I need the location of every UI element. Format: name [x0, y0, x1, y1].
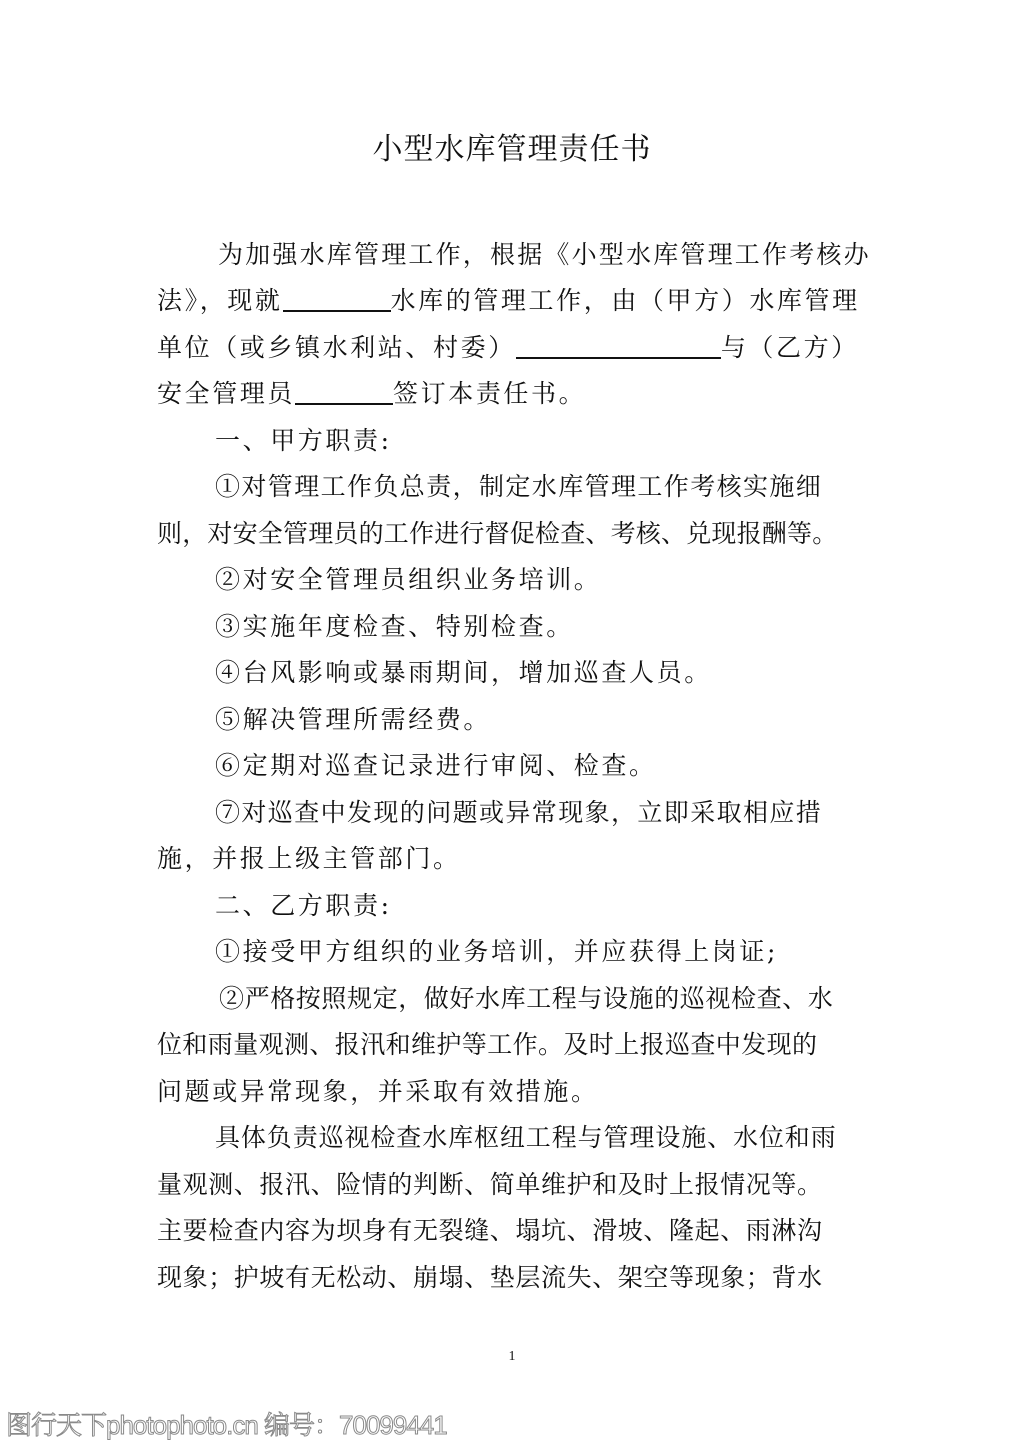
watermark: 图行天下photophoto.cn 编号：70099441	[6, 1405, 447, 1442]
document-title: 小型水库管理责任书	[0, 128, 1024, 172]
party-a-item-7-cont: 施，并报上级主管部门。	[157, 842, 869, 876]
party-a-item-2: ②对安全管理员组织业务培训。	[157, 563, 869, 597]
preamble-line-2: 法》，现就水库的管理工作，由（甲方）水库管理	[157, 284, 869, 318]
party-b-duties-para-cont-1: 量观测、报汛、险情的判断、简单维护和及时上报情况等。	[157, 1168, 869, 1202]
party-a-item-1-cont: 则，对安全管理员的工作进行督促检查、考核、兑现报酬等。	[157, 517, 869, 551]
reservoir-name-blank[interactable]	[283, 284, 391, 312]
preamble-text: 签订本责任书。	[393, 379, 586, 408]
section-heading-party-b: 二、乙方职责:	[157, 889, 869, 923]
party-b-duties-para: 具体负责巡视检查水库枢纽工程与管理设施、水位和雨	[157, 1121, 869, 1155]
preamble-text: 法》，现就	[157, 286, 283, 315]
party-b-item-2: ②严格按照规定，做好水库工程与设施的巡视检查、水	[157, 982, 869, 1016]
preamble-line-1: 为加强水库管理工作，根据《小型水库管理工作考核办	[157, 238, 869, 272]
party-b-duties-para-cont-2: 主要检查内容为坝身有无裂缝、塌坑、滑坡、隆起、雨淋沟	[157, 1214, 869, 1248]
party-a-item-1: ①对管理工作负总责，制定水库管理工作考核实施细	[157, 470, 869, 504]
document-page: 小型水库管理责任书 为加强水库管理工作，根据《小型水库管理工作考核办 法》，现就…	[0, 0, 1024, 1449]
party-a-item-5: ⑤解决管理所需经费。	[157, 703, 869, 737]
party-b-item-2-cont-2: 问题或异常现象，并采取有效措施。	[157, 1075, 869, 1109]
section-heading-party-a: 一、甲方职责:	[157, 424, 869, 458]
party-b-item-1: ①接受甲方组织的业务培训，并应获得上岗证;	[157, 935, 869, 969]
party-b-duties-para-cont-3: 现象；护坡有无松动、崩塌、垫层流失、架空等现象；背水	[157, 1261, 869, 1295]
party-b-item-2-cont-1: 位和雨量观测、报汛和维护等工作。及时上报巡查中发现的	[157, 1028, 869, 1062]
party-a-item-6: ⑥定期对巡查记录进行审阅、检查。	[157, 749, 869, 783]
party-a-item-7: ⑦对巡查中发现的问题或异常现象，立即采取相应措	[157, 796, 869, 830]
page-number: 1	[0, 1349, 1024, 1365]
party-a-item-4: ④台风影响或暴雨期间，增加巡查人员。	[157, 656, 869, 690]
party-a-name-blank[interactable]	[516, 331, 721, 359]
party-a-item-3: ③实施年度检查、特别检查。	[157, 610, 869, 644]
preamble-line-4: 安全管理员签订本责任书。	[157, 377, 869, 411]
preamble-text: 单位（或乡镇水利站、村委）	[157, 333, 516, 362]
safety-officer-name-blank[interactable]	[295, 377, 393, 405]
preamble-text: 水库的管理工作，由（甲方）水库管理	[391, 286, 860, 315]
preamble-line-3: 单位（或乡镇水利站、村委）与（乙方）	[157, 331, 869, 365]
preamble-text: 与（乙方）	[721, 333, 859, 362]
preamble-text: 安全管理员	[157, 379, 295, 408]
